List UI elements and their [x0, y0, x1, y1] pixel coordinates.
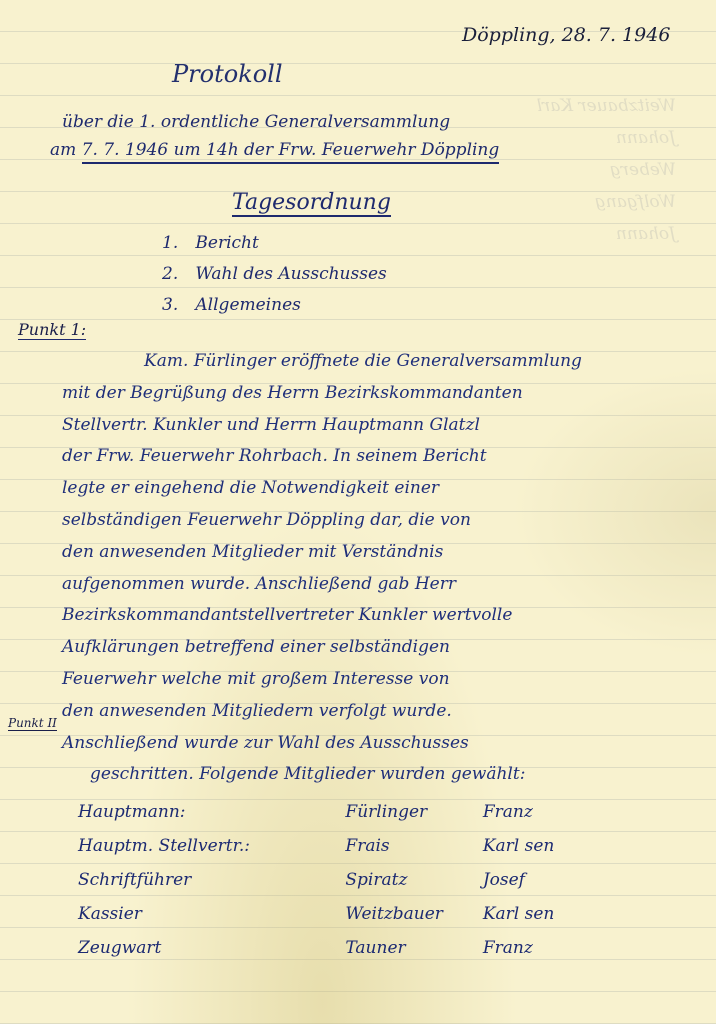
member-surname: Fürlinger	[345, 795, 477, 829]
body-line: selbständigen Feuerwehr Döppling dar, di…	[62, 505, 702, 537]
body-line: der Frw. Feuerwehr Rohrbach. In seinem B…	[62, 441, 702, 473]
member-surname: Weitzbauer	[345, 897, 477, 931]
agenda-item-label: Bericht	[195, 233, 258, 253]
member-role: Hauptmann:	[78, 795, 340, 829]
agenda-item-number: 3.	[162, 290, 190, 321]
body-line: mit der Begrüßung des Herrn Bezirkskomma…	[62, 378, 702, 410]
body-line: Aufklärungen betreffend einer selbständi…	[62, 632, 702, 664]
member-role: Kassier	[78, 897, 340, 931]
agenda-heading: Tagesordnung	[232, 190, 391, 217]
member-given-name: Karl sen	[483, 829, 555, 863]
member-surname: Spiratz	[345, 863, 477, 897]
body-line: Anschließend wurde zur Wahl des Ausschus…	[62, 728, 702, 760]
elected-committee-list: Hauptmann: Fürlinger Franz Hauptm. Stell…	[78, 795, 554, 965]
agenda-list: 1. Bericht 2. Wahl des Ausschusses 3. Al…	[162, 228, 387, 321]
member-given-name: Franz	[483, 931, 533, 965]
member-given-name: Karl sen	[483, 897, 555, 931]
agenda-item: 2. Wahl des Ausschusses	[162, 259, 387, 290]
agenda-item-number: 2.	[162, 259, 190, 290]
minutes-body: Kam. Fürlinger eröffnete die Generalvers…	[62, 346, 702, 791]
committee-member-row: Kassier Weitzbauer Karl sen	[78, 897, 554, 931]
committee-member-row: Hauptmann: Fürlinger Franz	[78, 795, 554, 829]
member-given-name: Franz	[483, 795, 533, 829]
section-2-label: Punkt II	[8, 716, 57, 731]
body-line: den anwesenden Mitgliedern verfolgt wurd…	[62, 696, 702, 728]
agenda-item-label: Wahl des Ausschusses	[195, 264, 386, 284]
member-surname: Tauner	[345, 931, 477, 965]
member-role: Hauptm. Stellvertr.:	[78, 829, 340, 863]
subtitle-line-2-prefix: am	[50, 140, 76, 160]
member-surname: Frais	[345, 829, 477, 863]
body-line: Bezirkskommandantstellvertreter Kunkler …	[62, 600, 702, 632]
handwritten-document-page: Weitzbauer KarlJohannWebergWolfgangJohan…	[0, 0, 716, 1024]
agenda-item: 1. Bericht	[162, 228, 387, 259]
section-1-label: Punkt 1:	[18, 320, 86, 340]
document-title: Protokoll	[172, 60, 283, 88]
body-line: aufgenommen wurde. Anschließend gab Herr	[62, 569, 702, 601]
committee-member-row: Zeugwart Tauner Franz	[78, 931, 554, 965]
body-line: legte er eingehend die Notwendigkeit ein…	[62, 473, 702, 505]
subtitle-line-2: am 7. 7. 1946 um 14h der Frw. Feuerwehr …	[50, 140, 499, 160]
member-given-name: Josef	[483, 863, 525, 897]
body-line: Stellvertr. Kunkler und Herrn Hauptmann …	[62, 410, 702, 442]
body-line: den anwesenden Mitglieder mit Verständni…	[62, 537, 702, 569]
committee-member-row: Hauptm. Stellvertr.: Frais Karl sen	[78, 829, 554, 863]
member-role: Zeugwart	[78, 931, 340, 965]
body-line: geschritten. Folgende Mitglieder wurden …	[62, 759, 702, 791]
agenda-item-number: 1.	[162, 228, 190, 259]
place-and-date: Döppling, 28. 7. 1946	[462, 24, 670, 46]
meeting-date-and-organization: 7. 7. 1946 um 14h der Frw. Feuerwehr Döp…	[82, 140, 500, 164]
body-line: Feuerwehr welche mit großem Interesse vo…	[62, 664, 702, 696]
body-line: Kam. Fürlinger eröffnete die Generalvers…	[62, 346, 702, 378]
committee-member-row: Schriftführer Spiratz Josef	[78, 863, 554, 897]
subtitle-line-1: über die 1. ordentliche Generalversammlu…	[62, 112, 450, 132]
member-role: Schriftführer	[78, 863, 340, 897]
agenda-item-label: Allgemeines	[195, 295, 300, 315]
agenda-item: 3. Allgemeines	[162, 290, 387, 321]
